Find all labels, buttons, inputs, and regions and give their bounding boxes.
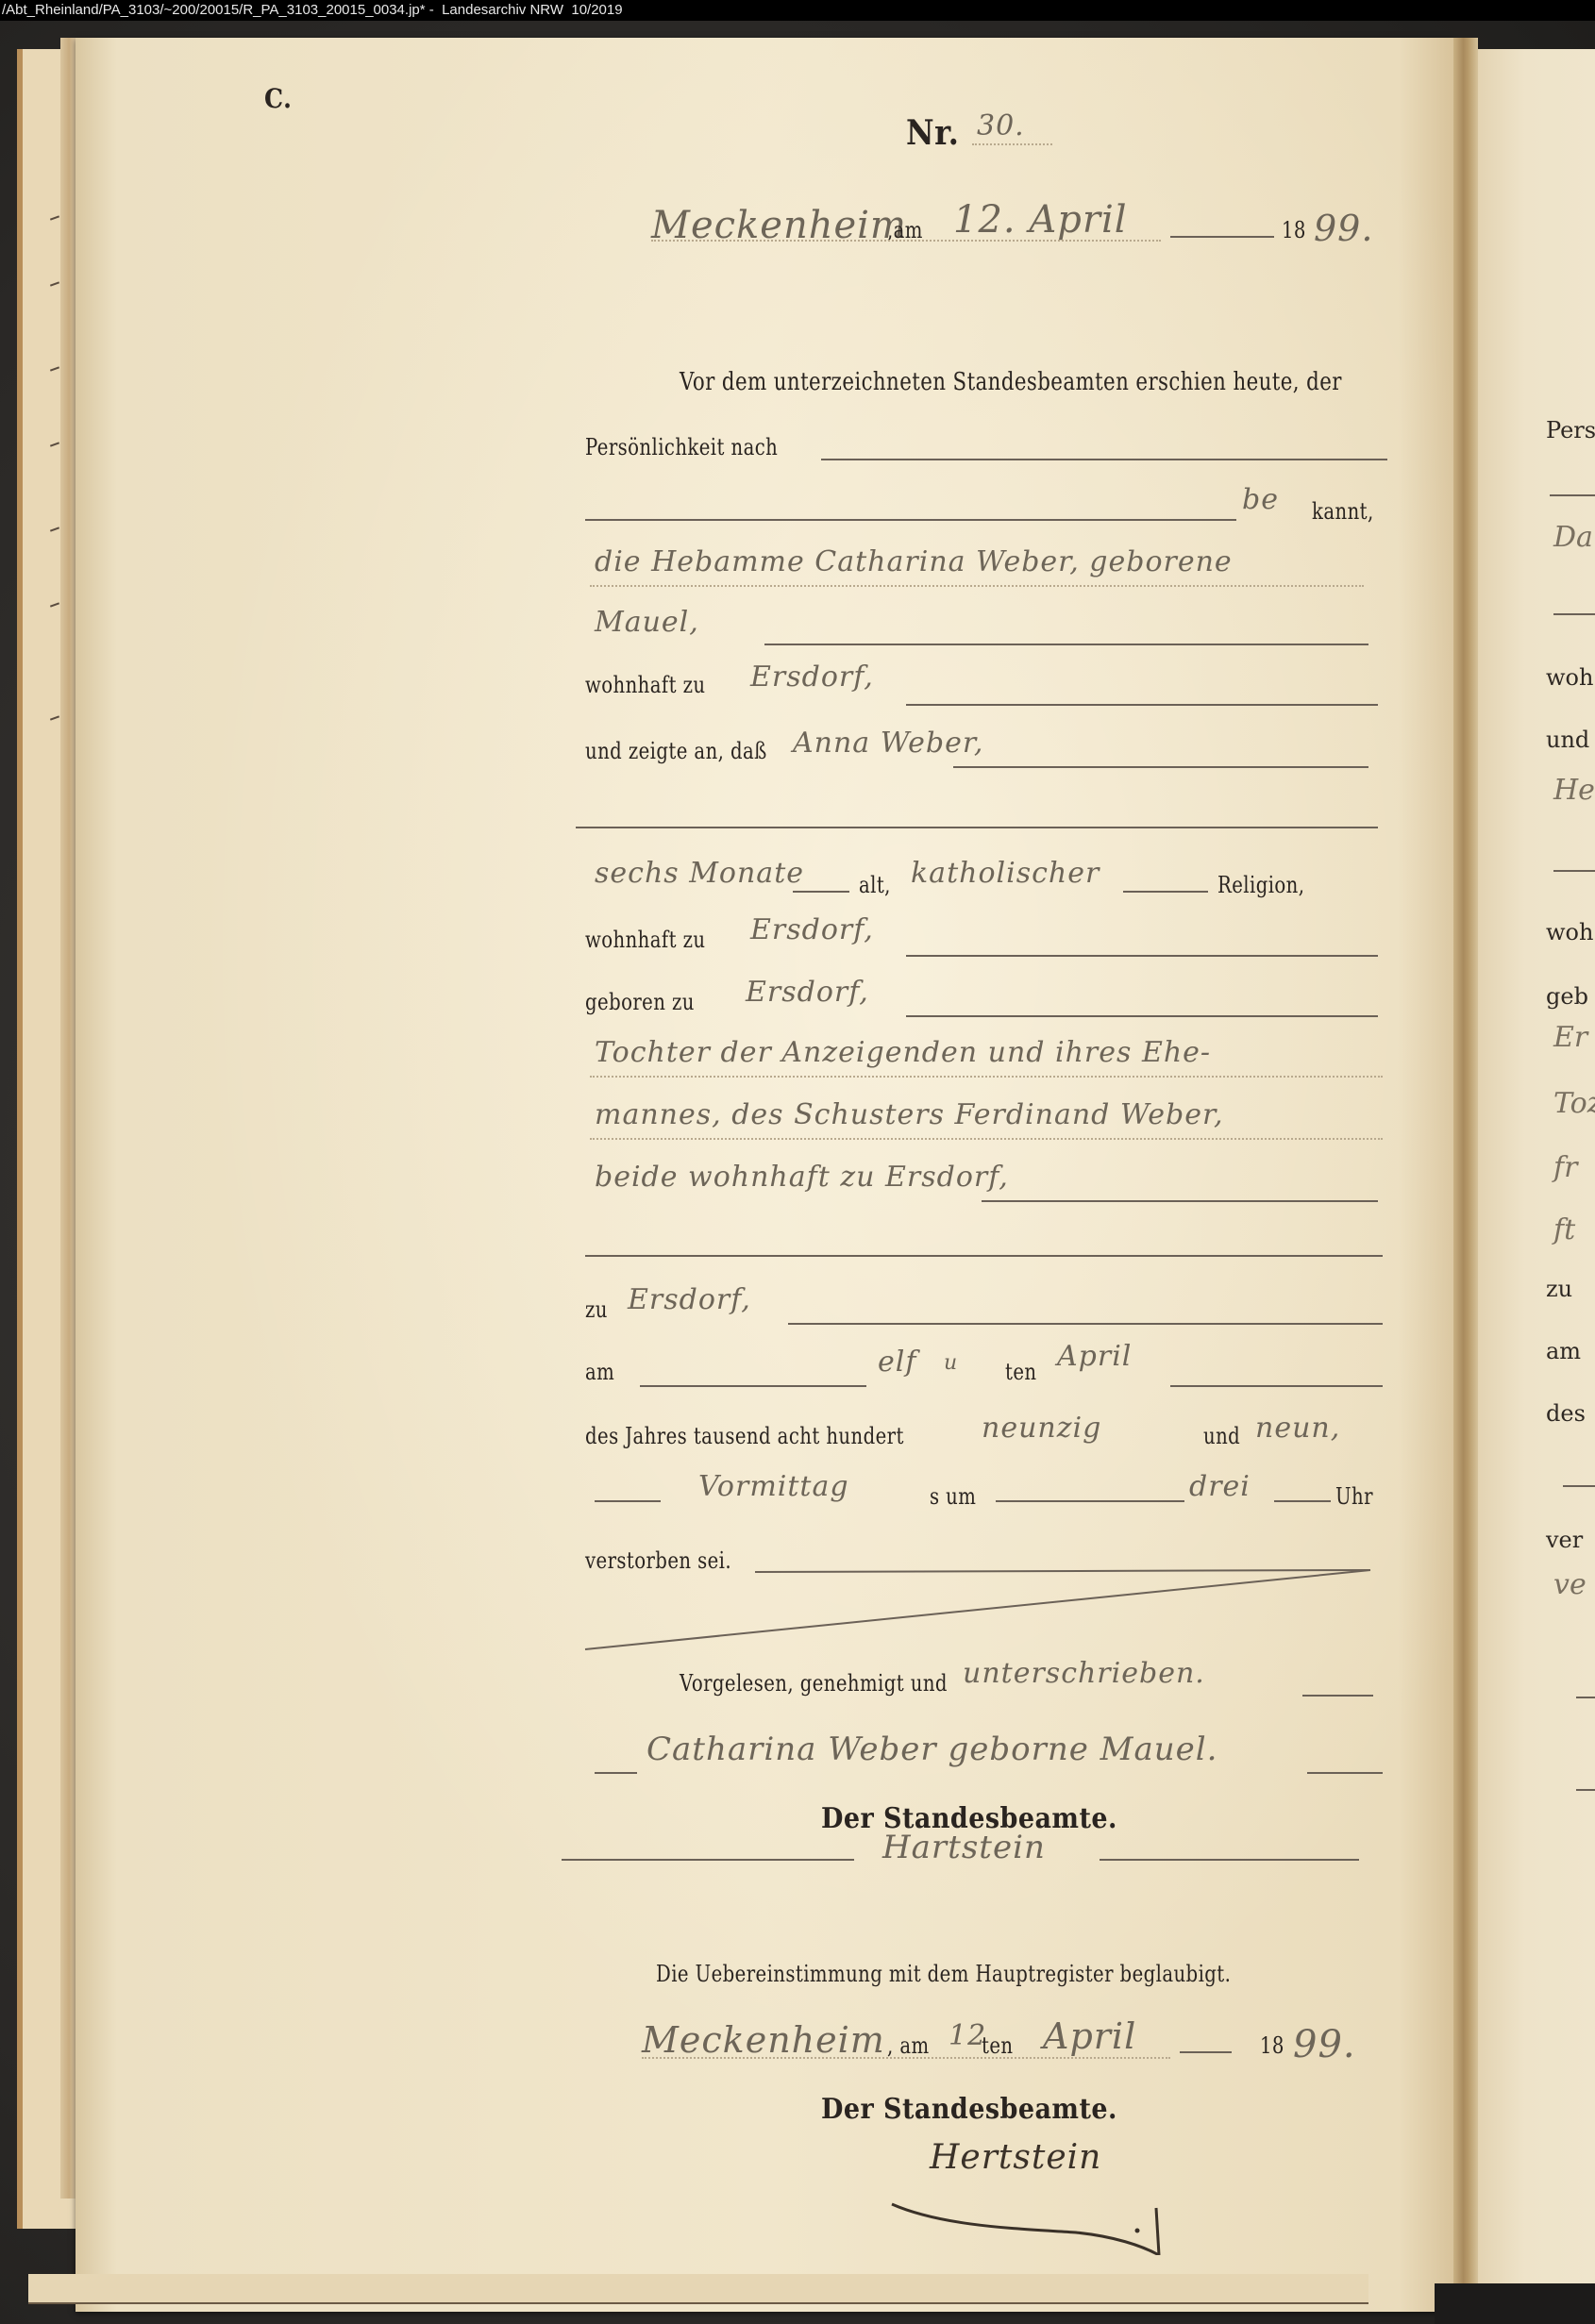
und-label: und bbox=[1203, 1423, 1240, 1449]
header-year-prefix: 18 bbox=[1282, 217, 1306, 243]
cert-am: , am bbox=[887, 2032, 930, 2059]
persoenlichkeit-label: Persönlichkeit nach bbox=[585, 434, 778, 460]
religion-line bbox=[1123, 891, 1208, 893]
bekannt-line bbox=[585, 519, 1236, 521]
informant-signature: Catharina Weber geborne Mauel. bbox=[646, 1730, 1217, 1768]
registrar-signature-1: Hartstein bbox=[882, 1829, 1046, 1866]
geboren-label: geboren zu bbox=[585, 989, 695, 1015]
religion-value: katholischer bbox=[911, 857, 1100, 890]
record-number-value: 30. bbox=[977, 109, 1025, 142]
wohnhaft-value-2: Ersdorf, bbox=[750, 913, 874, 946]
np-label: zu bbox=[1546, 1276, 1572, 1302]
zu-label: zu bbox=[585, 1296, 608, 1323]
zu-line bbox=[788, 1323, 1383, 1325]
bekannt-hand: be bbox=[1242, 483, 1279, 516]
registrar-signature-line-right bbox=[1100, 1859, 1359, 1861]
jahres-label: des Jahres tausend acht hundert bbox=[585, 1423, 904, 1449]
np-hand: ve bbox=[1553, 1568, 1587, 1601]
np-hand: Toz bbox=[1553, 1087, 1595, 1120]
np-label: ver bbox=[1546, 1527, 1583, 1553]
np-hand: fr bbox=[1553, 1151, 1577, 1184]
hour-line-right bbox=[1274, 1500, 1331, 1502]
cert-dotted-line bbox=[642, 2057, 1170, 2059]
np-line bbox=[1563, 1485, 1595, 1487]
np-label: woh bbox=[1546, 919, 1593, 945]
blank-line-2 bbox=[585, 1255, 1383, 1257]
alt-label: alt, bbox=[859, 872, 891, 898]
registrar-signature-2: Hertstein bbox=[930, 2138, 1101, 2177]
religion-label: Religion, bbox=[1217, 872, 1304, 898]
parents-dotted-2 bbox=[590, 1138, 1383, 1140]
zu-value: Ersdorf, bbox=[628, 1283, 751, 1316]
verstorben-label: verstorben sei. bbox=[585, 1547, 731, 1574]
header-year-suffix: 99. bbox=[1314, 208, 1373, 249]
window-title-bar: /Abt_Rheinland/PA_3103/~200/20015/R_PA_3… bbox=[0, 0, 1595, 21]
np-hand: He bbox=[1553, 774, 1595, 807]
np-hand: Da bbox=[1553, 521, 1593, 554]
age-value: sechs Monate bbox=[595, 857, 804, 890]
uhr-label: Uhr bbox=[1335, 1483, 1373, 1510]
np-label: Persf bbox=[1546, 417, 1595, 443]
parents-line-3-rule bbox=[982, 1200, 1378, 1202]
bekannt-label: kannt, bbox=[1312, 498, 1374, 525]
np-label: woh bbox=[1546, 664, 1593, 691]
cert-month: April bbox=[1043, 2015, 1136, 2057]
geboren-value: Ersdorf, bbox=[746, 976, 869, 1009]
cert-year-prefix: 18 bbox=[1260, 2032, 1284, 2059]
np-label: des bbox=[1546, 1400, 1586, 1427]
np-line bbox=[1576, 1697, 1595, 1698]
informant-signature-line-left bbox=[595, 1772, 637, 1774]
informant-signature-line-right bbox=[1307, 1772, 1383, 1774]
register-page: C. Nr. 30. Meckenheim ,am 12. April 18 9… bbox=[76, 38, 1453, 2312]
form-type-letter: C. bbox=[264, 83, 292, 114]
np-line bbox=[1553, 870, 1595, 872]
scanner-background-corner bbox=[1435, 2283, 1595, 2324]
parents-line-1: Tochter der Anzeigenden und ihres Ehe- bbox=[595, 1036, 1211, 1069]
cert-year-suffix: 99. bbox=[1293, 2023, 1356, 2066]
np-line bbox=[1576, 1789, 1595, 1791]
cert-month-line bbox=[1180, 2051, 1232, 2053]
age-line bbox=[793, 891, 849, 893]
day-value: elf bbox=[878, 1346, 916, 1379]
time-of-day-value: Vormittag bbox=[698, 1470, 849, 1503]
day-suffix: u bbox=[944, 1351, 958, 1375]
np-line bbox=[1550, 494, 1595, 496]
month-value: April bbox=[1057, 1340, 1132, 1373]
time-of-day-line-left bbox=[595, 1500, 661, 1502]
parents-line-2: mannes, des Schusters Ferdinand Weber, bbox=[595, 1098, 1224, 1131]
wohnhaft-label-2: wohnhaft zu bbox=[585, 927, 705, 953]
informant-dotted-1 bbox=[590, 585, 1364, 587]
registrar-heading-2: Der Standesbeamte. bbox=[821, 2093, 1117, 2126]
wohnhaft-label-1: wohnhaft zu bbox=[585, 672, 705, 698]
wohnhaft-line-1 bbox=[906, 704, 1378, 706]
record-number-label: Nr. bbox=[906, 113, 959, 153]
header-date: 12. April bbox=[953, 198, 1128, 242]
registrar-signature-line-left bbox=[562, 1859, 854, 1861]
deceased-name: Anna Weber, bbox=[793, 727, 983, 760]
am-label: am bbox=[585, 1359, 614, 1385]
zeigte-label: und zeigte an, daß bbox=[585, 738, 767, 764]
year-unit-value: neun, bbox=[1255, 1412, 1340, 1445]
intro-line: Vor dem unterzeichneten Standesbeamten e… bbox=[680, 368, 1342, 396]
np-hand: ft bbox=[1553, 1213, 1575, 1246]
vorgelesen-label: Vorgelesen, genehmigt und bbox=[680, 1670, 948, 1697]
np-hand: Er bbox=[1553, 1021, 1587, 1054]
informant-line-1: die Hebamme Catharina Weber, geborene bbox=[595, 545, 1233, 578]
np-line bbox=[1553, 613, 1595, 615]
cert-place: Meckenheim bbox=[642, 2019, 885, 2061]
deceased-name-line bbox=[953, 766, 1368, 768]
adjacent-page: Persf Da woh und He woh geb Er Toz fr ft… bbox=[1478, 49, 1595, 2304]
decade-value: neunzig bbox=[982, 1412, 1101, 1445]
np-label: und bbox=[1546, 727, 1589, 753]
header-dotted-line bbox=[651, 240, 1161, 242]
persoenlichkeit-line bbox=[821, 459, 1387, 460]
cert-ten: ten bbox=[982, 2032, 1013, 2059]
s-um-label: s um bbox=[930, 1483, 976, 1510]
wohnhaft-value-1: Ersdorf, bbox=[750, 660, 874, 694]
geboren-line bbox=[906, 1015, 1378, 1017]
unterschrieben-line bbox=[1302, 1695, 1373, 1697]
informant-line-2: Mauel, bbox=[595, 606, 699, 639]
am-line bbox=[640, 1385, 866, 1387]
number-dotted-line bbox=[972, 143, 1052, 145]
ten-label: ten bbox=[1005, 1359, 1036, 1385]
np-label: am bbox=[1546, 1338, 1581, 1364]
blank-line-1 bbox=[576, 827, 1378, 828]
book-gutter bbox=[1453, 38, 1478, 2312]
hour-value: drei bbox=[1189, 1470, 1251, 1503]
signature-flourish bbox=[76, 2114, 1453, 2255]
informant-line-2-rule bbox=[764, 644, 1368, 645]
parents-dotted-1 bbox=[590, 1076, 1383, 1078]
header-date-line bbox=[1170, 236, 1274, 238]
page-bottom-edge bbox=[28, 2274, 1368, 2304]
hour-line-left bbox=[996, 1500, 1184, 1502]
np-label: geb bbox=[1546, 983, 1588, 1010]
month-line bbox=[1170, 1385, 1383, 1387]
unterschrieben-value: unterschrieben. bbox=[963, 1657, 1205, 1690]
parents-line-3: beide wohnhaft zu Ersdorf, bbox=[595, 1161, 1009, 1194]
certification-line: Die Uebereinstimmung mit dem Hauptregist… bbox=[656, 1961, 1231, 1987]
wohnhaft-line-2 bbox=[906, 955, 1378, 957]
